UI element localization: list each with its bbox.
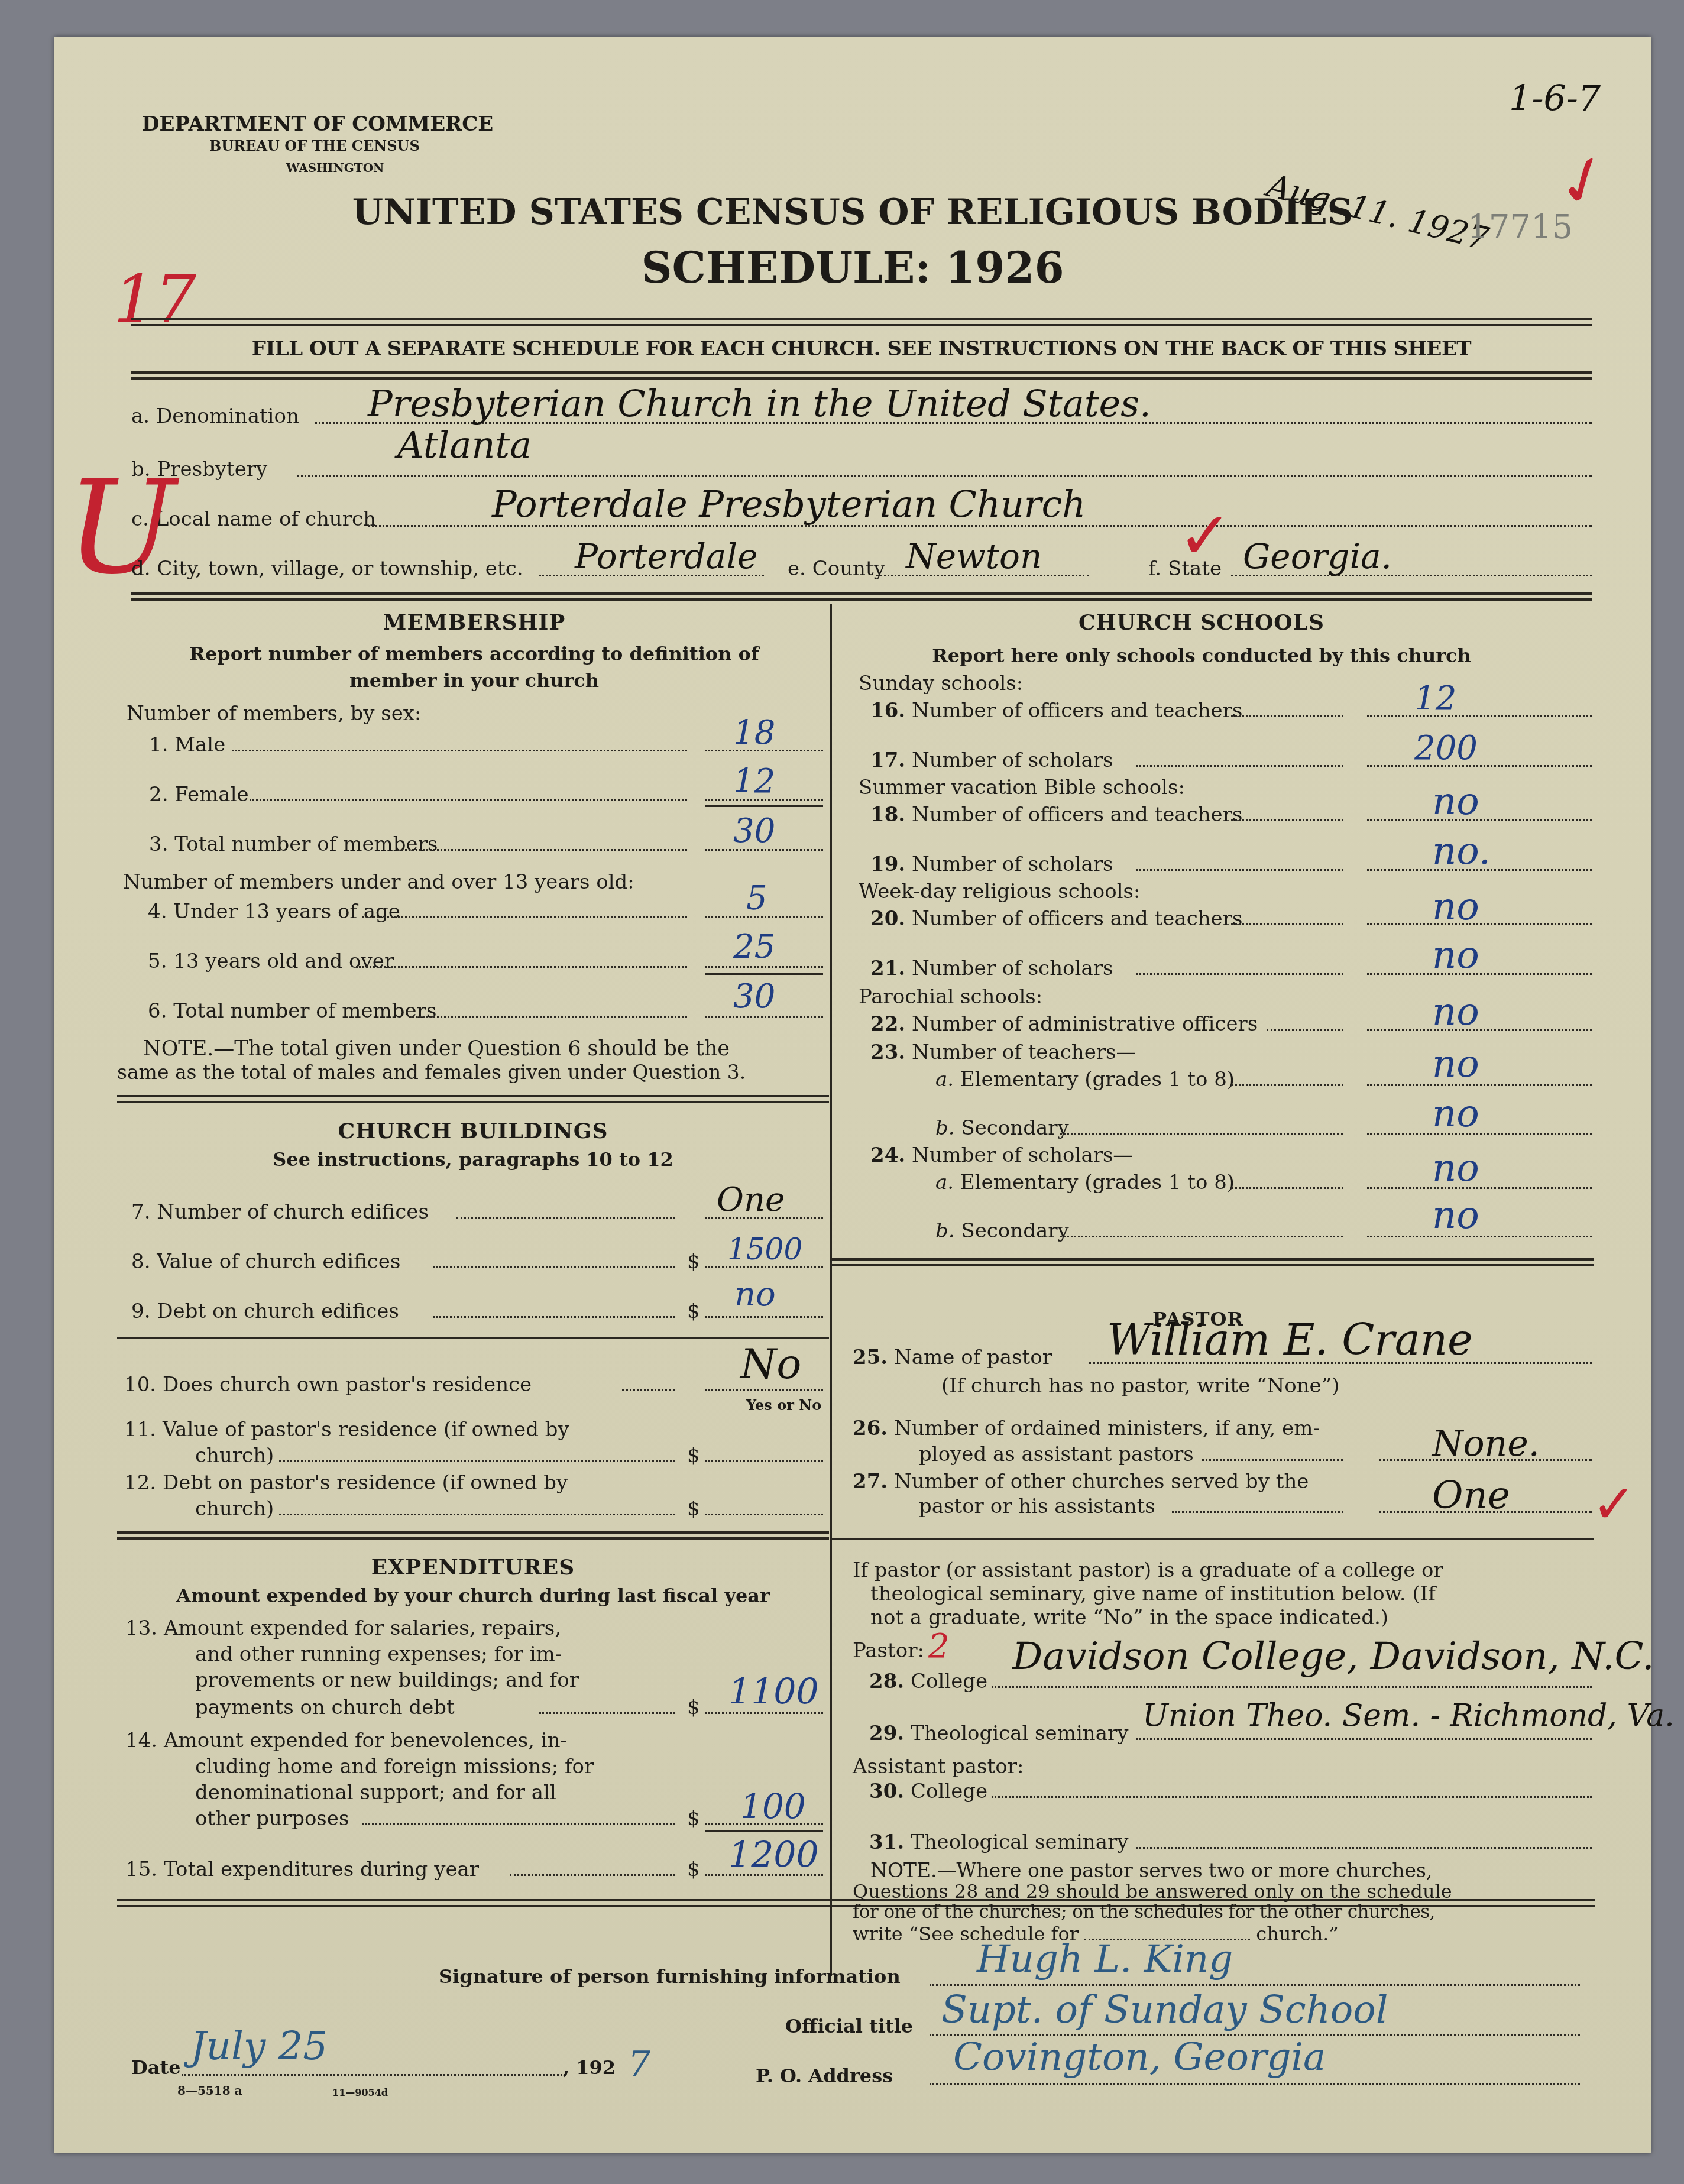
label-continuation: church) [195, 1444, 274, 1467]
female-value: 12 [733, 765, 775, 798]
address-label: P. O. Address [756, 2065, 893, 2087]
dollar-sign: $ [687, 1497, 700, 1521]
expenditures-subtitle: Amount expended by your church during la… [117, 1584, 829, 1607]
label-continuation: other purposes [195, 1807, 349, 1830]
leader-dots [397, 849, 687, 851]
leader-dots [362, 916, 687, 918]
parochial-sec-teachers-value: no [1432, 1095, 1479, 1133]
schools-row-21: 21. Number of scholars [870, 957, 1113, 980]
buildings-row-value: 8. Value of church edifices [131, 1250, 400, 1274]
red-checkmark-icon: ✓ [1592, 1473, 1636, 1535]
date-label: Date [131, 2056, 181, 2079]
state-value: Georgia. [1243, 539, 1392, 573]
city-label: WASHINGTON [286, 161, 384, 175]
edifices-debt-value: no [734, 1278, 776, 1311]
leader-dots [1172, 1511, 1343, 1513]
address-field[interactable] [930, 2083, 1580, 2085]
edifices-value-field[interactable] [705, 1266, 823, 1268]
leader-dots [1136, 973, 1343, 975]
leader-dots [1231, 715, 1343, 717]
signature-value: Hugh L. King [977, 1940, 1233, 1978]
pastor-name-hint: (If church has no pastor, write “None”) [941, 1374, 1339, 1398]
city-value: Porterdale [575, 539, 757, 573]
leader-dots [539, 1712, 675, 1714]
pastor-row-29: 29. Theological seminary [869, 1722, 1128, 1745]
graduate-note: If pastor (or assistant pastor) is a gra… [853, 1558, 1443, 1582]
pastor-row-27: 27. Number of other churches served by t… [853, 1470, 1309, 1493]
leader-dots [356, 966, 687, 968]
schools-row-22: 22. Number of administrative officers [870, 1012, 1258, 1036]
parochial-elem-scholars-field[interactable] [1367, 1187, 1592, 1189]
summer-teachers-value: no [1432, 783, 1479, 821]
buildings-row-edifices: 7. Number of church edifices [131, 1200, 429, 1224]
pastor-row-31: 31. Theological seminary [869, 1830, 1128, 1854]
dollar-sign: $ [687, 1250, 700, 1274]
schools-row-24b: b. Secondary [935, 1219, 1069, 1243]
schedule-year: SCHEDULE: 1926 [54, 242, 1651, 293]
signature-label: Signature of person furnishing informati… [439, 1965, 901, 1988]
local-name-value: Porterdale Presbyterian Church [492, 486, 1086, 523]
leader-dots [622, 1389, 675, 1391]
assistant-subheading: Assistant pastor: [853, 1755, 1024, 1778]
group-label: Number of members, by sex: [127, 702, 421, 725]
bureau-label: BUREAU OF THE CENSUS [209, 137, 420, 154]
official-title-value: Supt. of Sunday School [941, 1991, 1388, 2029]
parochial-sec-scholars-value: no [1432, 1197, 1479, 1234]
pastor-row-30: 30. College [869, 1780, 987, 1803]
leader-dots [1231, 923, 1343, 925]
schools-row-16: 16. Number of officers and teachers [870, 699, 1242, 722]
divider [117, 1531, 829, 1540]
male-value: 18 [733, 717, 775, 750]
leader-dots [1231, 1084, 1343, 1086]
buildings-row-residence-value: 11. Value of pastor's residence (if owne… [124, 1418, 569, 1441]
edifices-value-value: 1500 [727, 1234, 802, 1264]
city-label: d. City, town, village, or township, etc… [131, 557, 523, 581]
form-code: 8—5518 a [177, 2083, 242, 2098]
presbytery-value: Atlanta [397, 427, 532, 464]
label-continuation: cluding home and foreign missions; for [195, 1755, 594, 1778]
over13-value: 25 [733, 931, 775, 964]
leader-dots [1136, 765, 1343, 767]
divider [117, 1095, 829, 1103]
schools-row-20: 20. Number of officers and teachers [870, 907, 1242, 931]
date-value: July 25 [190, 2027, 328, 2066]
membership-row-total2: 6. Total number of members [148, 999, 436, 1023]
parochial-sec-teachers-field[interactable] [1367, 1133, 1592, 1135]
owns-residence-value: No [740, 1343, 801, 1385]
expenditures-heading: EXPENDITURES [117, 1555, 829, 1580]
county-label: e. County [788, 557, 885, 581]
membership-row-under13: 4. Under 13 years of age [148, 900, 400, 923]
schools-row-24a: a. Elementary (grades 1 to 8) [935, 1171, 1235, 1194]
assistant-seminary-field[interactable] [1136, 1847, 1592, 1849]
weekday-scholars-field[interactable] [1367, 973, 1592, 975]
divider [117, 1337, 829, 1339]
leader-dots [250, 799, 687, 801]
benevolences-value: 100 [740, 1789, 806, 1823]
leader-dots [279, 1460, 675, 1462]
county-value: Newton [906, 539, 1042, 573]
total-members-2-field[interactable] [705, 1016, 823, 1018]
schools-row-23b: b. Secondary [935, 1116, 1069, 1140]
leader-dots [456, 1217, 675, 1219]
buildings-row-debt: 9. Debt on church edifices [131, 1300, 399, 1323]
leader-dots [433, 1266, 675, 1268]
denomination-label: a. Denomination [131, 404, 299, 428]
membership-row-female: 2. Female [149, 783, 249, 806]
pastor-college-value: Davidson College, Davidson, N.C. [1012, 1638, 1654, 1676]
pastor-row-26: 26. Number of ordained ministers, if any… [853, 1417, 1320, 1440]
parochial-officers-field[interactable] [1367, 1029, 1592, 1031]
dollar-sign: $ [687, 1858, 700, 1881]
membership-heading: MEMBERSHIP [125, 610, 823, 635]
sum-line [705, 805, 823, 807]
expenditure-row-total: 15. Total expenditures during year [125, 1858, 479, 1881]
parochial-officers-value: no [1432, 993, 1479, 1031]
pastor-seminary-field[interactable] [1136, 1738, 1592, 1740]
schools-subtitle: Report here only schools conducted by th… [835, 644, 1568, 667]
assistant-pastors-value: None. [1432, 1426, 1540, 1462]
membership-row-male: 1. Male [149, 733, 225, 757]
label-continuation: ployed as assistant pastors [919, 1443, 1194, 1466]
leader-dots [362, 1823, 675, 1825]
parochial-elem-teachers-value: no [1432, 1045, 1479, 1083]
date-field[interactable] [182, 2074, 566, 2076]
signature-field[interactable] [930, 1984, 1580, 1986]
over13-field[interactable] [705, 966, 823, 968]
sunday-scholars-value: 200 [1414, 732, 1478, 765]
sum-line [705, 1830, 823, 1832]
under13-value: 5 [746, 882, 767, 915]
file-code-annotation: 1-6-7 [1509, 78, 1601, 119]
column-divider [830, 604, 832, 1976]
group-label: Summer vacation Bible schools: [859, 776, 1185, 799]
official-title-label: Official title [785, 2015, 913, 2037]
form-title: UNITED STATES CENSUS OF RELIGIOUS BODIES [54, 192, 1651, 233]
census-schedule-form: DEPARTMENT OF COMMERCE BUREAU OF THE CEN… [54, 37, 1651, 2153]
label-continuation: payments on church debt [195, 1696, 455, 1719]
buildings-heading: CHURCH BUILDINGS [117, 1119, 829, 1143]
year-suffix: 7 [628, 2047, 650, 2082]
membership-row-total: 3. Total number of members [149, 832, 438, 856]
pastor-note: NOTE.—Where one pastor serves two or mor… [870, 1859, 1433, 1882]
divider [131, 371, 1592, 380]
pastor-name-value: William E. Crane [1107, 1318, 1473, 1361]
state-label: f. State [1148, 557, 1222, 581]
address-value: Covington, Georgia [953, 2039, 1326, 2076]
membership-note: NOTE.—The total given under Question 6 s… [143, 1037, 730, 1061]
leader-dots [279, 1514, 675, 1515]
group-label: Number of members under and over 13 year… [123, 870, 634, 894]
red-annotation-mark: 2 [928, 1627, 950, 1665]
dollar-sign: $ [687, 1696, 700, 1719]
group-label: Parochial schools: [859, 985, 1042, 1009]
department-label: DEPARTMENT OF COMMERCE [142, 112, 493, 136]
leader-dots [1202, 1459, 1343, 1461]
total-expenditures-value: 1200 [728, 1838, 819, 1873]
graduate-note: not a graduate, write “No” in the space … [870, 1606, 1388, 1629]
total-members-2-value: 30 [733, 980, 775, 1013]
parochial-elem-teachers-field[interactable] [1367, 1084, 1592, 1086]
divider [131, 318, 1592, 326]
weekday-scholars-value: no [1432, 937, 1479, 974]
yes-no-hint: Yes or No [746, 1396, 821, 1414]
assistant-college-field[interactable] [992, 1796, 1592, 1798]
presbytery-field[interactable] [297, 475, 1592, 477]
parochial-elem-scholars-value: no [1432, 1149, 1479, 1187]
buildings-subtitle: See instructions, paragraphs 10 to 12 [117, 1148, 829, 1171]
schools-row-17: 17. Number of scholars [870, 748, 1113, 772]
sunday-scholars-field[interactable] [1367, 765, 1592, 767]
expenditure-row-running: 13. Amount expended for salaries, repair… [125, 1616, 561, 1640]
buildings-row-residence-debt: 12. Debt on pastor's residence (if owned… [124, 1471, 568, 1495]
pastor-subheading: Pastor: [853, 1639, 924, 1663]
membership-subtitle: Report number of members according to de… [125, 643, 823, 665]
dollar-sign: $ [687, 1807, 700, 1830]
summer-scholars-value: no. [1432, 832, 1491, 870]
graduate-note: theological seminary, give name of insti… [870, 1582, 1436, 1606]
label-continuation: provements or new buildings; and for [195, 1668, 579, 1692]
leader-dots [1231, 1187, 1343, 1189]
schools-row-23a: a. Elementary (grades 1 to 8) [935, 1068, 1235, 1091]
leader-dots [1231, 819, 1343, 821]
edifices-count-value: One [717, 1184, 785, 1217]
dollar-sign: $ [687, 1444, 700, 1467]
pastor-seminary-value: Union Theo. Sem. - Richmond, Va. [1142, 1700, 1675, 1731]
leader-dots [1267, 1029, 1343, 1031]
sunday-teachers-value: 12 [1414, 682, 1456, 715]
residence-value-field[interactable] [705, 1460, 823, 1462]
pastor-note: for one of the churches; on the schedule… [853, 1901, 1435, 1923]
schools-row-23: 23. Number of teachers— [870, 1041, 1136, 1064]
label-continuation: denominational support; and for all [195, 1781, 556, 1804]
leader-dots [1060, 1236, 1343, 1237]
group-label: Week-day religious schools: [859, 880, 1140, 903]
label-continuation: church) [195, 1497, 274, 1521]
label-continuation: and other running expenses; for im- [195, 1642, 562, 1666]
schools-row-24: 24. Number of scholars— [870, 1143, 1133, 1167]
print-code: 11—9054d [332, 2087, 388, 2098]
owns-residence-field[interactable] [705, 1389, 823, 1391]
expenditure-row-benevolences: 14. Amount expended for benevolences, in… [125, 1729, 567, 1752]
sunday-teachers-field[interactable] [1367, 715, 1592, 717]
leader-dots [409, 1016, 687, 1018]
residence-debt-field[interactable] [705, 1514, 823, 1515]
leader-dots [1060, 1133, 1343, 1135]
label-continuation: pastor or his assistants [919, 1495, 1155, 1518]
year-prefix: , 192 [563, 2056, 616, 2079]
divider [831, 1258, 1594, 1266]
schools-row-19: 19. Number of scholars [870, 853, 1113, 876]
divider [131, 592, 1592, 601]
sum-line [705, 973, 823, 975]
schools-heading: CHURCH SCHOOLS [835, 610, 1568, 635]
membership-note: same as the total of males and females g… [117, 1061, 746, 1084]
other-churches-value: One [1432, 1477, 1510, 1515]
instruction-banner: FILL OUT A SEPARATE SCHEDULE FOR EACH CH… [131, 337, 1592, 361]
pastor-row-28: 28. College [869, 1670, 987, 1693]
divider [831, 1538, 1594, 1540]
membership-subtitle: member in your church [125, 669, 823, 692]
edifices-debt-field[interactable] [705, 1316, 823, 1318]
leader-dots [433, 1316, 675, 1318]
leader-dots [510, 1874, 675, 1876]
weekday-teachers-value: no [1432, 888, 1479, 926]
leader-dots [1136, 869, 1343, 871]
membership-row-over13: 5. 13 years old and over [148, 950, 394, 973]
dollar-sign: $ [687, 1300, 700, 1323]
schools-row-18: 18. Number of officers and teachers [870, 803, 1242, 827]
leader-dots [232, 750, 687, 751]
buildings-row-residence: 10. Does church own pastor's residence [124, 1373, 532, 1396]
group-label: Sunday schools: [859, 672, 1023, 695]
running-expenses-value: 1100 [728, 1674, 819, 1710]
parochial-sec-scholars-field[interactable] [1367, 1236, 1592, 1237]
pastor-college-field[interactable] [992, 1686, 1592, 1688]
pastor-row-25: 25. Name of pastor [853, 1346, 1052, 1369]
total-members-value: 30 [733, 815, 775, 848]
summer-teachers-field[interactable] [1367, 819, 1592, 821]
pastor-note: Questions 28 and 29 should be answered o… [853, 1880, 1452, 1903]
weekday-teachers-field[interactable] [1367, 923, 1592, 925]
denomination-value: Presbyterian Church in the United States… [368, 385, 1151, 422]
